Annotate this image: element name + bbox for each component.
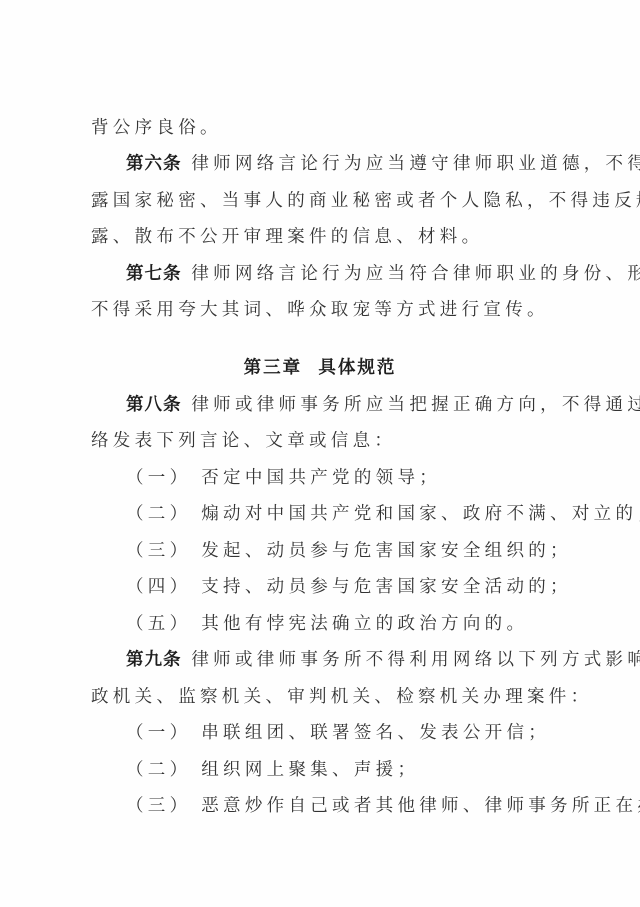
list-item: （三） 发起、动员参与危害国家安全组织的； bbox=[126, 539, 602, 563]
article-label: 第九条 bbox=[126, 650, 182, 670]
article-6-line-2: 露国家秘密、当事人的商业秘密或者个人隐私，不得违反规定披 bbox=[91, 189, 567, 213]
article-7-line-2: 不得采用夸大其词、哗众取宠等方式进行宣传。 bbox=[91, 298, 567, 322]
article-8-line-2: 络发表下列言论、文章或信息： bbox=[91, 429, 567, 453]
list-item: （四） 支持、动员参与危害国家安全活动的； bbox=[126, 575, 602, 599]
list-item: （二） 煽动对中国共产党和国家、政府不满、对立的； bbox=[126, 502, 602, 526]
paragraph-text: 律师或律师事务所不得利用网络以下列方式影响行 bbox=[182, 650, 640, 670]
article-label: 第八条 bbox=[126, 395, 182, 415]
article-8-line-1: 第八条 律师或律师事务所应当把握正确方向，不得通过网 bbox=[126, 393, 602, 417]
paragraph-text: 露、散布不公开审理案件的信息、材料。 bbox=[91, 227, 483, 247]
chapter-title: 第三章 具体规范 bbox=[0, 356, 640, 380]
paragraph-text: 律师或律师事务所应当把握正确方向，不得通过网 bbox=[182, 395, 640, 415]
article-7-line-1: 第七条 律师网络言论行为应当符合律师职业的身份、形象， bbox=[126, 262, 602, 286]
article-6-line-1: 第六条 律师网络言论行为应当遵守律师职业道德，不得泄 bbox=[126, 152, 602, 176]
paragraph-text: 律师网络言论行为应当遵守律师职业道德，不得泄 bbox=[182, 154, 640, 174]
article-label: 第七条 bbox=[126, 264, 182, 284]
list-item: （五） 其他有悖宪法确立的政治方向的。 bbox=[126, 612, 602, 636]
paragraph-text: 政机关、监察机关、审判机关、检察机关办理案件： bbox=[91, 687, 592, 707]
paragraph-text: 律师网络言论行为应当符合律师职业的身份、形象， bbox=[182, 264, 640, 284]
article-6-line-3: 露、散布不公开审理案件的信息、材料。 bbox=[91, 225, 567, 249]
list-item: （一） 串联组团、联署签名、发表公开信； bbox=[126, 721, 602, 745]
text-line: 背公序良俗。 bbox=[91, 116, 567, 140]
list-item: （三） 恶意炒作自己或者其他律师、律师事务所正在办理 bbox=[126, 794, 602, 818]
article-9-line-1: 第九条 律师或律师事务所不得利用网络以下列方式影响行 bbox=[126, 648, 602, 672]
document-page: 背公序良俗。 第六条 律师网络言论行为应当遵守律师职业道德，不得泄 露国家秘密、… bbox=[0, 0, 640, 907]
paragraph-text: 不得采用夸大其词、哗众取宠等方式进行宣传。 bbox=[91, 300, 549, 320]
paragraph-text: 背公序良俗。 bbox=[91, 118, 222, 138]
list-item: （一） 否定中国共产党的领导； bbox=[126, 466, 602, 490]
article-label: 第六条 bbox=[126, 154, 182, 174]
article-9-line-2: 政机关、监察机关、审判机关、检察机关办理案件： bbox=[91, 685, 567, 709]
paragraph-text: 络发表下列言论、文章或信息： bbox=[91, 431, 396, 451]
paragraph-text: 露国家秘密、当事人的商业秘密或者个人隐私，不得违反规定披 bbox=[91, 191, 640, 211]
list-item: （二） 组织网上聚集、声援； bbox=[126, 758, 602, 782]
